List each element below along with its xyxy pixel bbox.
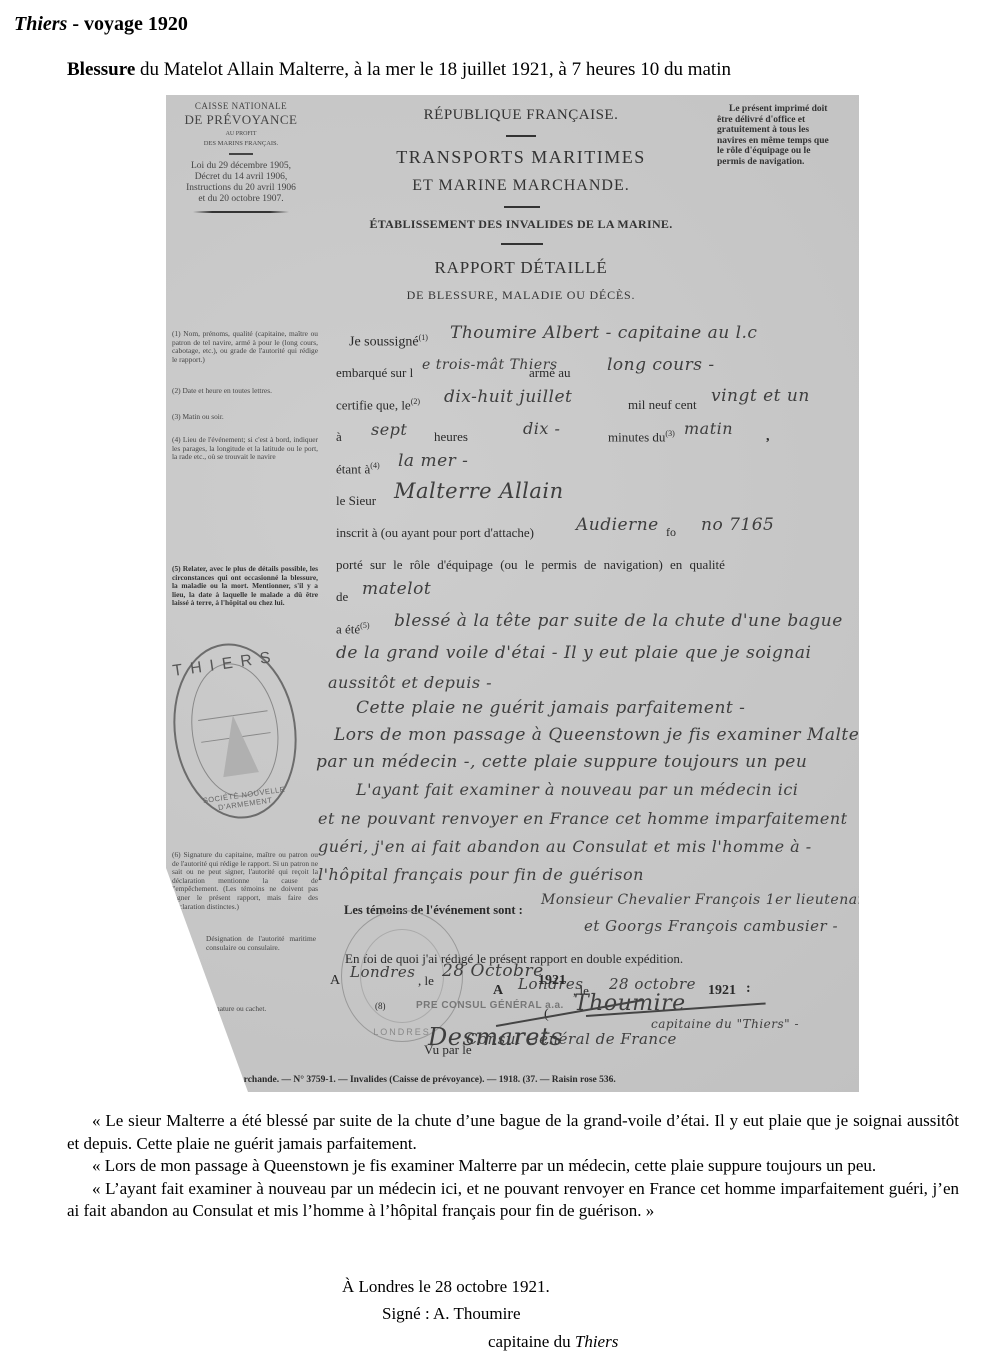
handwritten-rank: matelot — [362, 579, 431, 599]
consul-stamp-line: PRE CONSUL GÉNÉRAL a.a. — [416, 1000, 564, 1011]
form-label-minutes-du: minutes du(3) — [608, 429, 675, 445]
handwritten-narrative-line: Lors de mon passage à Queenstown je fis … — [334, 725, 859, 745]
form-label-de: de — [336, 589, 348, 605]
heading-rule — [501, 243, 543, 245]
scanned-report-image: CAISSE NATIONALE DE PRÉVOYANCE AU PROFIT… — [166, 95, 859, 1092]
form-label-arme-au: armé au — [529, 365, 571, 381]
transcription-place-date: À Londres le 28 octobre 1921. — [342, 1278, 550, 1295]
handwritten-witness-2: et Goorgs François cambusier - — [584, 917, 838, 935]
handwritten-sailor-name: Malterre Allain — [394, 479, 564, 503]
form-label-a-2: A — [330, 973, 340, 989]
margin-note-1: (1) Nom, prénoms, qualité (capitaine, ma… — [172, 330, 318, 364]
law-line: Instructions du 20 avril 1906 — [166, 183, 316, 194]
heading-rule — [506, 135, 536, 137]
handwritten-date-2: 28 Octobre — [442, 961, 544, 981]
heading-de-blessure: DE BLESSURE, MALADIE OU DÉCÈS. — [336, 288, 706, 303]
handwritten-port: Audierne — [576, 515, 659, 535]
caisse-line2: DE PRÉVOYANCE — [166, 112, 316, 128]
margin-note-2: (2) Date et heure en toutes lettres. — [172, 387, 318, 396]
caisse-nationale-block: CAISSE NATIONALE DE PRÉVOYANCE AU PROFIT… — [166, 101, 316, 213]
transcription-signed: Signé : A. Thoumire — [382, 1305, 521, 1322]
heading-transports: TRANSPORTS MARITIMES — [336, 147, 706, 168]
handwritten-narrative-line: blessé à la tête par suite de la chute d… — [394, 611, 843, 631]
handwritten-narrative-line: aussitôt et depuis - — [328, 673, 492, 692]
form-sup-8: (8) — [375, 1001, 386, 1011]
margin-note-6: (6) Signature du capitaine, maître ou pa… — [172, 851, 318, 911]
handwritten-arme-au: long cours - — [607, 355, 715, 375]
ship-name: Thiers — [14, 13, 67, 35]
margin-note-8: nature ou cachet. — [216, 1005, 306, 1014]
ship-name-italic: Thiers — [575, 1332, 618, 1351]
law-line: et du 20 octobre 1907. — [166, 194, 316, 205]
form-label-mil-neuf-cent: mil neuf cent — [628, 397, 697, 413]
handwritten-place-2: Londres — [350, 963, 416, 981]
page-title: Thiers - voyage 1920 — [14, 14, 188, 34]
document-subtitle: Blessure du Matelot Allain Malterre, à l… — [67, 60, 731, 79]
form-label-je-soussigne: Je soussigné(1) — [349, 333, 428, 351]
heading-republique: RÉPUBLIQUE FRANÇAISE. — [336, 107, 706, 124]
handwritten-matin: matin — [684, 419, 733, 438]
handwritten-date: dix-huit juillet — [444, 387, 572, 407]
form-label-heures: heures — [434, 429, 468, 445]
handwritten-minutes: dix - — [523, 419, 560, 438]
form-label-a: à — [336, 429, 342, 445]
form-label-folio: fo — [666, 525, 676, 540]
handwritten-year: vingt et un — [711, 386, 810, 406]
law-line: Loi du 29 décembre 1905, — [166, 161, 316, 172]
margin-note-5: (5) Relater, avec le plus de détails pos… — [172, 565, 318, 608]
form-footer: marchande. — N° 3759-1. — Invalides (Cai… — [231, 1075, 616, 1085]
handwritten-narrative-line: et ne pouvant renvoyer en France cet hom… — [318, 809, 848, 828]
handwritten-witness-1: Monsieur Chevalier François 1er lieutena… — [541, 892, 859, 908]
transcription-paragraph: « Le sieur Malterre a été blessé par sui… — [67, 1110, 959, 1155]
form-colon: : — [746, 981, 751, 997]
form-label-inscrit: inscrit à (ou ayant pour port d'attache) — [336, 525, 534, 541]
subtitle-rest: du Matelot Allain Malterre, à la mer le … — [135, 59, 731, 80]
transcription-paragraph: « L’ayant fait examiner à nouveau par un… — [67, 1178, 959, 1223]
caisse-line3: AU PROFIT — [166, 131, 316, 137]
caisse-line4: DES MARINS FRANÇAIS. — [166, 140, 316, 147]
heading-rule — [504, 206, 540, 208]
handwritten-number: no 7165 — [701, 515, 774, 535]
law-line: Décret du 14 avril 1906, — [166, 172, 316, 183]
form-label-le-sieur: le Sieur — [336, 493, 376, 509]
transcription-paragraph: « Lors de mon passage à Queenstown je fi… — [67, 1155, 959, 1178]
form-year-2: 1921 — [538, 973, 566, 989]
subtitle-bold: Blessure — [67, 59, 135, 80]
caisse-rule — [229, 153, 253, 155]
handwritten-narrative-line: l'hôpital français pour fin de guérison — [318, 865, 644, 884]
heading-rapport: RAPPORT DÉTAILLÉ — [336, 258, 706, 278]
form-label-etant-a: étant à(4) — [336, 461, 380, 477]
consul-signature: Desmarets — [428, 1023, 563, 1051]
decorative-swash — [193, 211, 289, 213]
title-rest: - voyage 1920 — [67, 13, 188, 35]
form-label-temoins: Les témoins de l'événement sont : — [344, 903, 523, 918]
transcription: « Le sieur Malterre a été blessé par sui… — [67, 1110, 959, 1223]
handwritten-narrative-line: guéri, j'en ai fait abandon au Consulat … — [318, 837, 812, 856]
heading-marine: ET MARINE MARCHANDE. — [336, 177, 706, 195]
margin-note-4: (4) Lieu de l'événement; si c'est à bord… — [172, 436, 318, 462]
form-label-embarque: embarqué sur l — [336, 365, 413, 381]
form-label-a-lieu: A — [493, 983, 503, 999]
margin-note-3: (3) Matin ou soir. — [172, 413, 318, 422]
handwritten-narrative-line: de la grand voile d'étai - Il y eut plai… — [336, 643, 811, 663]
form-label-le-2: , le — [418, 973, 434, 989]
captain-signature-title: capitaine du "Thiers" - — [651, 1017, 799, 1031]
notice-text: Le présent imprimé doit être délivré d'o… — [717, 104, 837, 167]
margin-note-7: Désignation de l'autorité maritime consu… — [206, 935, 316, 952]
heading-etablissement: ÉTABLISSEMENT DES INVALIDES DE LA MARINE… — [336, 217, 706, 232]
form-label-porte: porté sur le rôle d'équipage (ou le perm… — [336, 557, 725, 573]
handwritten-je-soussigne: Thoumire Albert - capitaine au l.c — [450, 323, 757, 343]
handwritten-location: la mer - — [398, 451, 468, 471]
form-label-a-ete: a été(5) — [336, 621, 370, 637]
form-comma: , — [766, 429, 770, 445]
form-label-certifie: certifie que, le(2) — [336, 397, 420, 413]
handwritten-hours: sept — [371, 420, 407, 439]
handwritten-narrative-line: Cette plaie ne guérit jamais parfaitemen… — [356, 698, 745, 718]
form-year-1: 1921 — [708, 983, 736, 999]
handwritten-narrative-line: L'ayant fait examiner à nouveau par un m… — [356, 780, 798, 799]
transcription-captain-title: capitaine du Thiers — [488, 1333, 618, 1350]
handwritten-narrative-line: par un médecin -, cette plaie suppure to… — [316, 752, 807, 772]
caisse-line1: CAISSE NATIONALE — [166, 101, 316, 111]
